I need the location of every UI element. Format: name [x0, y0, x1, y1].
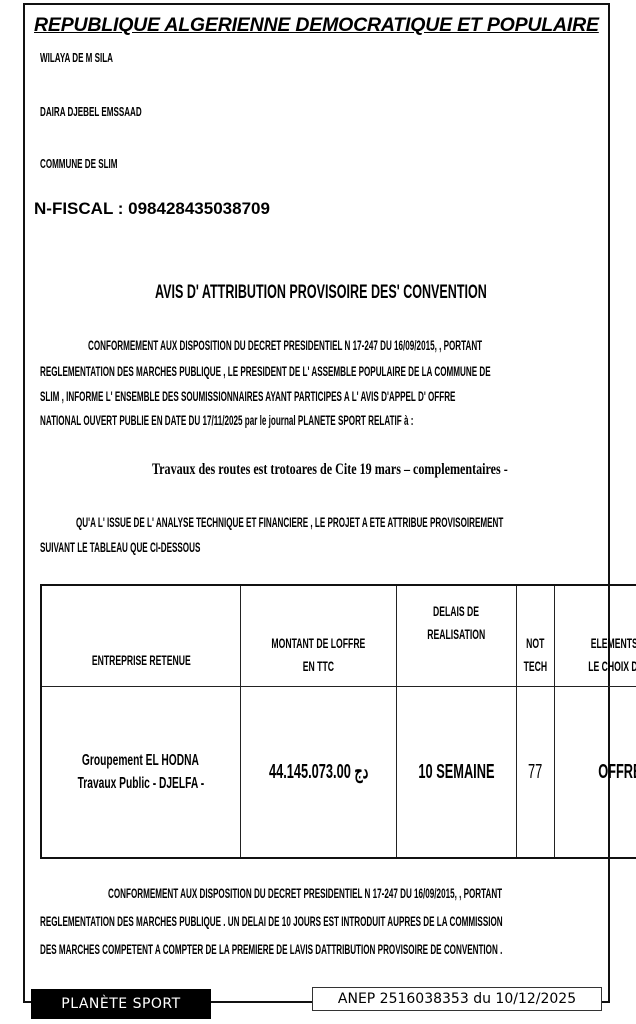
document-title: REPUBLIQUE ALGERIENNE DEMOCRATIQUE ET PO…: [34, 14, 599, 37]
intro-line-4: NATIONAL OUVERT PUBLIE EN DATE DU 17/11/…: [40, 413, 413, 428]
wilaya-line: WILAYA DE M SILA: [40, 50, 113, 65]
closing-line-1: CONFORMEMENT AUX DISPOSITION DU DECRET P…: [108, 886, 502, 901]
cell-delai: 10 SEMAINE: [396, 687, 516, 859]
commune-line: COMMUNE DE SLIM: [40, 156, 117, 171]
anep-reference: ANEP 2516038353 du 10/12/2025: [312, 987, 602, 1011]
closing-line-3: DES MARCHES COMPETENT A COMPTER DE LA PR…: [40, 942, 502, 957]
footer-divider: [211, 1001, 311, 1003]
cell-montant: دج 44.145.073.00: [240, 687, 396, 859]
header-elements: ELEMENTS AYANT PERMIS LE CHOIX DE LENTRE…: [554, 585, 636, 687]
intro-line-1: CONFORMEMENT AUX DISPOSITION DU DECRET P…: [88, 338, 482, 353]
table-header-row: ENTREPRISE RETENUE MONTANT DE LOFFRE EN …: [41, 585, 636, 687]
cell-elements: OFFRE UNIQUE: [554, 687, 636, 859]
intro-line-2: REGLEMENTATION DES MARCHES PUBLIQUE , LE…: [40, 364, 491, 379]
header-entreprise: ENTREPRISE RETENUE: [41, 585, 240, 687]
cell-entreprise: Groupement EL HODNA Travaux Public - DJE…: [41, 687, 240, 859]
daira-line: DAIRA DJEBEL EMSSAAD: [40, 104, 142, 119]
result-line-1: QU'A L' ISSUE DE L' ANALYSE TECHNIQUE ET…: [76, 515, 503, 530]
result-line-2: SUIVANT LE TABLEAU QUE CI-DESSOUS: [40, 540, 200, 555]
notice-title: AVIS D' ATTRIBUTION PROVISOIRE DES' CONV…: [155, 282, 487, 304]
table-row: Groupement EL HODNA Travaux Public - DJE…: [41, 687, 636, 859]
fiscal-number: N-FISCAL : 098428435038709: [34, 199, 270, 219]
header-montant: MONTANT DE LOFFRE EN TTC: [240, 585, 396, 687]
closing-line-2: REGLEMENTATION DES MARCHES PUBLIQUE . UN…: [40, 914, 503, 929]
intro-line-3: SLIM , INFORME L' ENSEMBLE DES SOUMISSIO…: [40, 389, 455, 404]
header-delais: DELAIS DE REALISATION: [396, 585, 516, 687]
project-subject: Travaux des routes est trotoares de Cite…: [152, 461, 508, 479]
header-note-tech: NOT TECH: [516, 585, 554, 687]
award-table: ENTREPRISE RETENUE MONTANT DE LOFFRE EN …: [40, 584, 636, 859]
cell-note: 77: [516, 687, 554, 859]
publication-badge: PLANÈTE SPORT: [31, 989, 211, 1019]
